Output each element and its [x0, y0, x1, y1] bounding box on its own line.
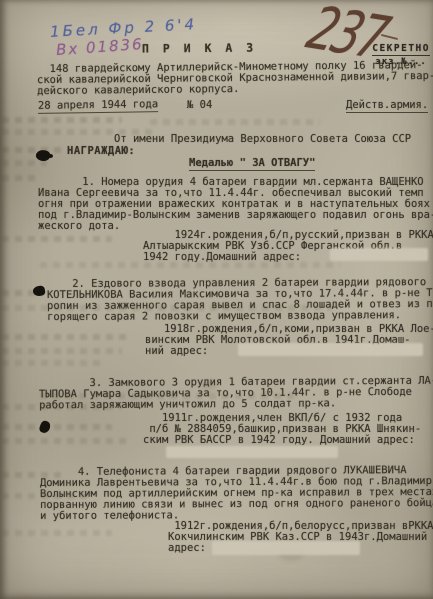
- bleedthrough-texture: [2, 493, 92, 499]
- redacted-address-patch: [166, 446, 338, 458]
- entry-4-citation: 4. Телефониста 4 батареи гвардии рядовог…: [40, 465, 433, 522]
- redacted-address-patch: [330, 248, 428, 261]
- order-number: № 04: [187, 100, 212, 111]
- medal-name: Медалью " ЗА ОТВАГУ": [189, 158, 315, 169]
- bleedthrough-texture: [2, 160, 47, 166]
- ink-blot: [48, 154, 53, 158]
- bleedthrough-texture: [2, 360, 102, 366]
- order-date-text: 28 апреля 1944 года: [38, 98, 158, 114]
- paper-smudge: [200, 380, 218, 390]
- redacted-address-patch: [212, 541, 360, 555]
- award-verb: НАГРАЖДАЮ:: [67, 146, 135, 157]
- bleedthrough-texture: [2, 117, 122, 123]
- ink-blot: [38, 420, 52, 435]
- bleedthrough-texture: [2, 305, 332, 311]
- bleedthrough-texture: [2, 424, 112, 430]
- bleedthrough-texture: [40, 393, 300, 399]
- bleedthrough-texture: [2, 472, 62, 478]
- bleedthrough-texture: [2, 175, 37, 181]
- redacted-address-patch: [238, 343, 423, 356]
- medal-name-text: Медалью " ЗА ОТВАГУ": [189, 157, 315, 171]
- document-title: П Р И К А З: [142, 42, 257, 54]
- scanned-order-page: 1Бел Фр 2 6'4 Вх 01836 237 СЕКРЕТНО экз.…: [0, 0, 433, 599]
- army-note: Действ.армия.: [346, 100, 428, 111]
- entry-3-bio: 1911г.рождения,член ВКП/б/ с 1932 года п…: [143, 413, 421, 446]
- bleedthrough-texture: [2, 147, 62, 153]
- bleedthrough-texture: [2, 404, 122, 410]
- preamble-line: От имени Президиума Верховного Совета Со…: [114, 134, 411, 145]
- bleedthrough-texture: [2, 334, 132, 340]
- bleedthrough-texture: [2, 236, 112, 242]
- army-note-text: Действ.армия.: [346, 99, 428, 113]
- bleedthrough-texture: [2, 129, 152, 135]
- order-date: 28 апреля 1944 года: [38, 99, 158, 112]
- entry-2-citation: 2. Ездового взвода управления 2 батареи …: [47, 277, 433, 323]
- bleedthrough-texture: [40, 262, 340, 268]
- copy-number-line: экз.№...: [372, 57, 430, 67]
- bleedthrough-texture: [2, 438, 127, 444]
- bleedthrough-texture: [2, 530, 112, 536]
- entry-1-citation: 1. Номера орудия 4 батареи гвардии мл.се…: [38, 177, 433, 232]
- bleedthrough-texture: [150, 119, 320, 125]
- bleedthrough-texture: [2, 348, 122, 354]
